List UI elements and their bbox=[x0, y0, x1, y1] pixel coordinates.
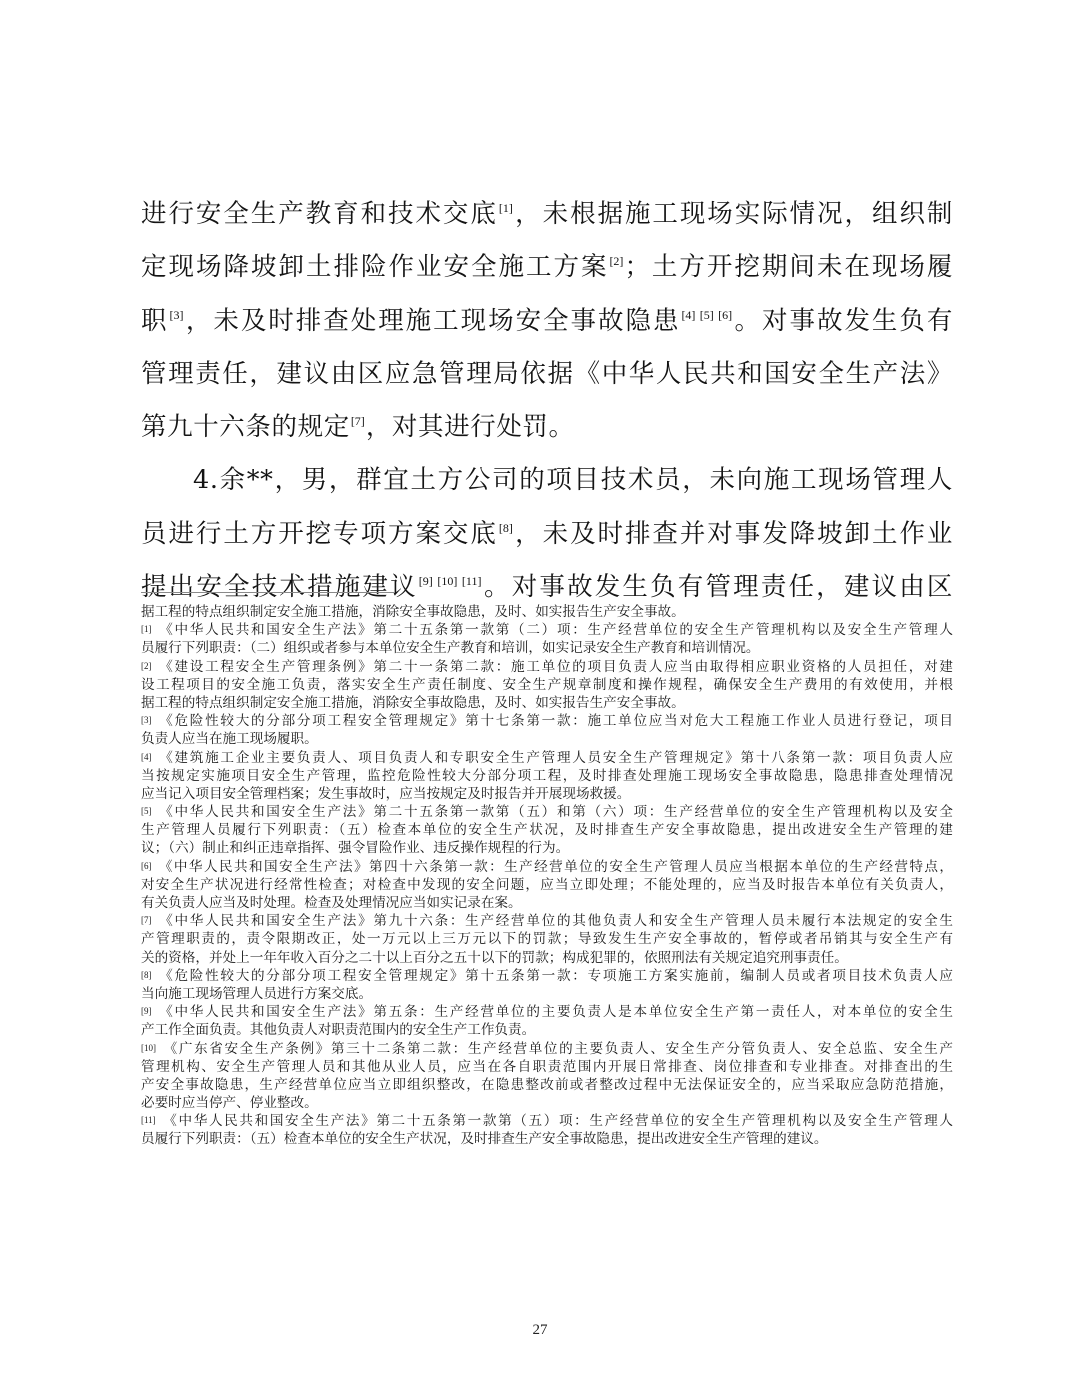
footnote-text: 《中华人民共和国安全生产法》第二十五条第一款第（五）项：生产经营单位的安全生产管… bbox=[162, 1113, 953, 1128]
footnote-ref[interactable]: [1] bbox=[499, 201, 513, 215]
footnote-text: 当按规定实施项目安全生产管理，监控危险性较大分部分项工程，及时排查处理施工现场安… bbox=[141, 767, 953, 785]
body-line: 4.余**，男，群宜土方公司的项目技术员，未向施工现场管理人 bbox=[141, 454, 953, 507]
footnote-6: [6]《中华人民共和国安全生产法》第四十六条第一款：生产经营单位的安全生产管理人… bbox=[141, 858, 953, 913]
footnote-mark: [5] bbox=[141, 806, 152, 816]
footnote-4: [4]《建筑施工企业主要负责人、项目负责人和专职安全生产管理人员安全生产管理规定… bbox=[141, 749, 953, 804]
body-line: 进行安全生产教育和技术交底[1]，未根据施工现场实际情况，组织制 bbox=[141, 188, 953, 241]
footnote-text: 议；（六）制止和纠正违章指挥、强令冒险作业、违反操作规程的行为。 bbox=[141, 839, 953, 857]
text-segment: 提出安全技术措施建议 bbox=[141, 572, 418, 602]
footnote-mark: [10] bbox=[141, 1043, 156, 1053]
footnote-text: 《建设工程安全生产管理条例》第二十一条第二款：施工单位的项目负责人应当由取得相应… bbox=[158, 659, 954, 674]
footnote-ref[interactable]: [3] bbox=[169, 308, 183, 322]
footnote-text: 《中华人民共和国安全生产法》第二十五条第一款第（五）和第（六）项：生产经营单位的… bbox=[158, 804, 954, 819]
footnote-text: 应当记入项目安全管理档案；发生事故时，应当按规定及时报告并开展现场救援。 bbox=[141, 785, 953, 803]
footnote-9: [9]《中华人民共和国安全生产法》第五条：生产经营单位的主要负责人是本单位安全生… bbox=[141, 1003, 953, 1039]
footnote-text: 《危险性较大的分部分项工程安全管理规定》第十五条第一款：专项施工方案实施前，编制… bbox=[158, 968, 954, 983]
text-segment: 职 bbox=[141, 306, 168, 336]
footnote-text: 有关负责人应当及时处理。检查及处理情况应当如实记录在案。 bbox=[141, 894, 953, 912]
footnote-text: 负责人应当在施工现场履职。 bbox=[141, 730, 953, 748]
footnote-text: 当向施工现场管理人员进行方案交底。 bbox=[141, 985, 953, 1003]
footnote-1: [1]《中华人民共和国安全生产法》第二十五条第一款第（二）项：生产经营单位的安全… bbox=[141, 621, 953, 657]
footnote-2: [2]《建设工程安全生产管理条例》第二十一条第二款：施工单位的项目负责人应当由取… bbox=[141, 658, 953, 713]
footnote-5: [5]《中华人民共和国安全生产法》第二十五条第一款第（五）和第（六）项：生产经营… bbox=[141, 803, 953, 858]
footnote-separator bbox=[141, 592, 395, 593]
footnote-3: [3]《危险性较大的分部分项工程安全管理规定》第十七条第一款：施工单位应当对危大… bbox=[141, 712, 953, 748]
footnote-continuation: 据工程的特点组织制定安全施工措施，消除安全事故隐患，及时、如实报告生产安全事故。 bbox=[141, 603, 953, 621]
footnote-text: 必要时应当停产、停业整改。 bbox=[141, 1094, 953, 1112]
text-segment: 进行安全生产教育和技术交底 bbox=[141, 199, 498, 229]
footnote-text: 《中华人民共和国安全生产法》第二十五条第一款第（二）项：生产经营单位的安全生产管… bbox=[158, 622, 954, 637]
footnote-text: 《中华人民共和国安全生产法》第五条：生产经营单位的主要负责人是本单位安全生产第一… bbox=[158, 1004, 954, 1019]
footnote-ref[interactable]: [7] bbox=[351, 414, 365, 428]
text-segment: 。对事故发生负有 bbox=[733, 306, 953, 336]
text-segment: ，对其进行处罚。 bbox=[366, 412, 575, 442]
document-page: 进行安全生产教育和技术交底[1]，未根据施工现场实际情况，组织制 定现场降坡卸土… bbox=[0, 0, 1080, 1398]
footnote-8: [8]《危险性较大的分部分项工程安全管理规定》第十五条第一款：专项施工方案实施前… bbox=[141, 967, 953, 1003]
footnote-10: [10]《广东省安全生产条例》第三十二条第二款：生产经营单位的主要负责人、安全生… bbox=[141, 1040, 953, 1113]
footnote-ref[interactable]: [4] [5] [6] bbox=[681, 308, 732, 322]
body-line: 第九十六条的规定[7]，对其进行处罚。 bbox=[141, 401, 953, 454]
footnote-text: 据工程的特点组织制定安全施工措施，消除安全事故隐患，及时、如实报告生产安全事故。 bbox=[141, 694, 953, 712]
footnote-text: 产工作全面负责。其他负责人对职责范围内的安全生产工作负责。 bbox=[141, 1021, 953, 1039]
footnote-text: 产安全事故隐患，生产经营单位应当立即组织整改，在隐患整改前或者整改过程中无法保证… bbox=[141, 1076, 953, 1094]
footnote-text: 生产管理人员履行下列职责：（五）检查本单位的安全生产状况，及时排查生产安全事故隐… bbox=[141, 821, 953, 839]
footnote-ref[interactable]: [8] bbox=[499, 521, 513, 535]
text-segment: 4.余**，男，群宜土方公司的项目技术员，未向施工现场管理人 bbox=[193, 465, 953, 495]
text-segment: ，未及时排查处理施工现场安全事故隐患 bbox=[184, 306, 680, 336]
text-segment: ，未根据施工现场实际情况，组织制 bbox=[514, 199, 953, 229]
page-number: 27 bbox=[0, 1322, 1080, 1339]
text-segment: 定现场降坡卸土排险作业安全施工方案 bbox=[141, 252, 608, 282]
text-segment: 员进行土方开挖专项方案交底 bbox=[141, 519, 498, 549]
footnote-mark: [2] bbox=[141, 661, 152, 671]
body-line: 职[3]，未及时排查处理施工现场安全事故隐患[4] [5] [6]。对事故发生负… bbox=[141, 295, 953, 348]
text-segment: 。对事故发生负有管理责任，建议由区 bbox=[482, 572, 953, 602]
footnote-text: 《中华人民共和国安全生产法》第四十六条第一款：生产经营单位的安全生产管理人员应当… bbox=[158, 859, 954, 874]
footnote-text: 关的资格，并处上一年年收入百分之二十以上百分之五十以下的罚款；构成犯罪的，依照刑… bbox=[141, 949, 953, 967]
footnotes: 据工程的特点组织制定安全施工措施，消除安全事故隐患，及时、如实报告生产安全事故。… bbox=[141, 603, 953, 1149]
footnote-text: 设工程项目的安全施工负责，落实安全生产责任制度、安全生产规章制度和操作规程，确保… bbox=[141, 676, 953, 694]
footnote-mark: [6] bbox=[141, 861, 152, 871]
footnote-mark: [9] bbox=[141, 1006, 152, 1016]
footnote-7: [7]《中华人民共和国安全生产法》第九十六条：生产经营单位的其他负责人和安全生产… bbox=[141, 912, 953, 967]
footnote-text: 《建筑施工企业主要负责人、项目负责人和专职安全生产管理人员安全生产管理规定》第十… bbox=[158, 750, 954, 765]
footnote-11: [11]《中华人民共和国安全生产法》第二十五条第一款第（五）项：生产经营单位的安… bbox=[141, 1112, 953, 1148]
footnote-text: 管理机构、安全生产管理人员和其他从业人员，应当在各自职责范围内开展日常排查、岗位… bbox=[141, 1058, 953, 1076]
footnote-text: 员履行下列职责：（二）组织或者参与本单位安全生产教育和培训，如实记录安全生产教育… bbox=[141, 639, 953, 657]
footnote-ref[interactable]: [9] [10] [11] bbox=[419, 574, 482, 588]
footnote-mark: [3] bbox=[141, 715, 152, 725]
footnote-text: 《中华人民共和国安全生产法》第九十六条：生产经营单位的其他负责人和安全生产管理人… bbox=[158, 913, 954, 928]
text-segment: 第九十六条的规定 bbox=[141, 412, 350, 442]
footnote-mark: [1] bbox=[141, 624, 152, 634]
footnote-mark: [7] bbox=[141, 915, 152, 925]
text-segment: ；土方开挖期间未在现场履 bbox=[624, 252, 953, 282]
footnote-mark: [11] bbox=[141, 1115, 156, 1125]
footnote-mark: [4] bbox=[141, 752, 152, 762]
body-line: 定现场降坡卸土排险作业安全施工方案[2]；土方开挖期间未在现场履 bbox=[141, 241, 953, 294]
footnote-mark: [8] bbox=[141, 970, 152, 980]
body-line: 员进行土方开挖专项方案交底[8]，未及时排查并对事发降坡卸土作业 bbox=[141, 508, 953, 561]
text-segment: 管理责任，建议由区应急管理局依据《中华人民共和国安全生产法》 bbox=[141, 359, 953, 389]
footnote-text: 《广东省安全生产条例》第三十二条第二款：生产经营单位的主要负责人、安全生产分管负… bbox=[162, 1041, 953, 1056]
body-line: 管理责任，建议由区应急管理局依据《中华人民共和国安全生产法》 bbox=[141, 348, 953, 401]
footnote-text: 对安全生产状况进行经常性检查；对检查中发现的安全问题，应当立即处理；不能处理的，… bbox=[141, 876, 953, 894]
footnote-text: 产管理职责的，责令限期改正，处一万元以上三万元以下的罚款；导致发生生产安全事故的… bbox=[141, 930, 953, 948]
text-segment: ，未及时排查并对事发降坡卸土作业 bbox=[514, 519, 953, 549]
footnote-ref[interactable]: [2] bbox=[609, 254, 623, 268]
footnote-text: 《危险性较大的分部分项工程安全管理规定》第十七条第一款：施工单位应当对危大工程施… bbox=[158, 713, 954, 728]
body-text: 进行安全生产教育和技术交底[1]，未根据施工现场实际情况，组织制 定现场降坡卸土… bbox=[141, 188, 953, 614]
footnote-text: 员履行下列职责：（五）检查本单位的安全生产状况，及时排查生产安全事故隐患，提出改… bbox=[141, 1130, 953, 1148]
